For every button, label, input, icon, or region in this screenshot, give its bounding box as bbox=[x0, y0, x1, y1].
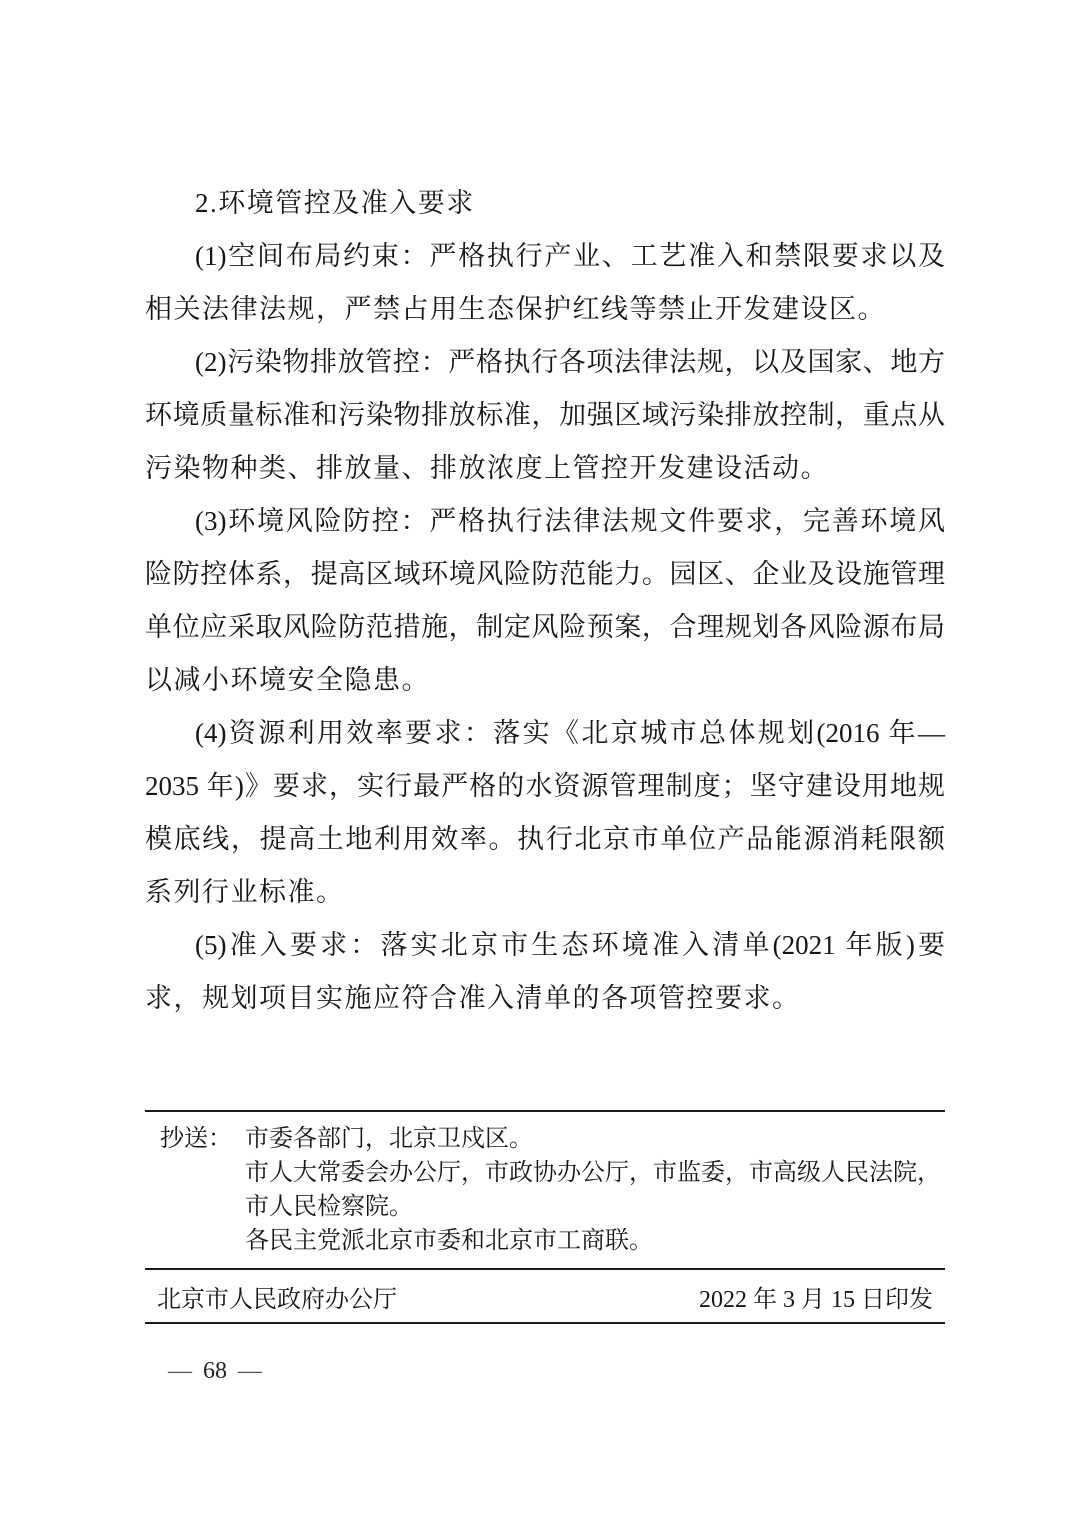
body-line: (5)准入要求：落实北京市生态环境准入清单(2021 年版)要 bbox=[145, 919, 945, 972]
imprint-bottom-rule bbox=[145, 1322, 945, 1324]
body-line: 污染物种类、排放量、排放浓度上管控开发建设活动。 bbox=[145, 442, 945, 495]
cc-line: 市委各部门，北京卫戍区。 bbox=[245, 1122, 945, 1156]
body-line: (3)环境风险防控：严格执行法律法规文件要求，完善环境风 bbox=[145, 495, 945, 548]
body-line: 系列行业标准。 bbox=[145, 866, 945, 919]
body-line: 以减小环境安全隐患。 bbox=[145, 654, 945, 707]
body-line: 2.环境管控及准入要求 bbox=[145, 177, 945, 230]
document-body: 2.环境管控及准入要求 (1)空间布局约束：严格执行产业、工艺准入和禁限要求以及… bbox=[145, 177, 945, 1025]
print-date: 2022 年 3 月 15 日印发 bbox=[699, 1279, 933, 1314]
document-page: 2.环境管控及准入要求 (1)空间布局约束：严格执行产业、工艺准入和禁限要求以及… bbox=[0, 0, 1080, 1527]
cc-top-rule bbox=[145, 1110, 945, 1112]
body-line: 相关法律法规，严禁占用生态保护红线等禁止开发建设区。 bbox=[145, 283, 945, 336]
cc-line: 市人民检察院。 bbox=[245, 1190, 945, 1224]
page-number-dash-left: — bbox=[168, 1356, 192, 1386]
body-line: 单位应采取风险防范措施，制定风险预案，合理规划各风险源布局 bbox=[145, 601, 945, 654]
body-line: 模底线，提高土地利用效率。执行北京市单位产品能源消耗限额 bbox=[145, 813, 945, 866]
cc-lines: 市委各部门，北京卫戍区。 市人大常委会办公厅，市政协办公厅，市监委，市高级人民法… bbox=[245, 1122, 945, 1258]
body-line: (1)空间布局约束：严格执行产业、工艺准入和禁限要求以及 bbox=[145, 230, 945, 283]
body-line: (2)污染物排放管控：严格执行各项法律法规，以及国家、地方 bbox=[145, 336, 945, 389]
cc-block: 抄送： 市委各部门，北京卫戍区。 市人大常委会办公厅，市政协办公厅，市监委，市高… bbox=[160, 1122, 945, 1258]
cc-line: 市人大常委会办公厅，市政协办公厅，市监委，市高级人民法院， bbox=[245, 1156, 945, 1190]
body-line: 2035 年)》要求，实行最严格的水资源管理制度；坚守建设用地规 bbox=[145, 760, 945, 813]
body-line: 环境质量标准和污染物排放标准，加强区域污染排放控制，重点从 bbox=[145, 389, 945, 442]
cc-line: 各民主党派北京市委和北京市工商联。 bbox=[245, 1224, 945, 1258]
page-number: — 68 — bbox=[168, 1356, 262, 1386]
body-line: 求，规划项目实施应符合准入清单的各项管控要求。 bbox=[145, 972, 945, 1025]
body-line: (4)资源利用效率要求：落实《北京城市总体规划(2016 年— bbox=[145, 707, 945, 760]
imprint-row: 北京市人民政府办公厅 2022 年 3 月 15 日印发 bbox=[145, 1270, 945, 1322]
page-number-value: 68 bbox=[203, 1356, 227, 1386]
issuer-name: 北京市人民政府办公厅 bbox=[157, 1279, 397, 1314]
page-number-dash-right: — bbox=[238, 1356, 262, 1386]
cc-label: 抄送： bbox=[160, 1122, 245, 1258]
body-line: 险防控体系，提高区域环境风险防范能力。园区、企业及设施管理 bbox=[145, 548, 945, 601]
